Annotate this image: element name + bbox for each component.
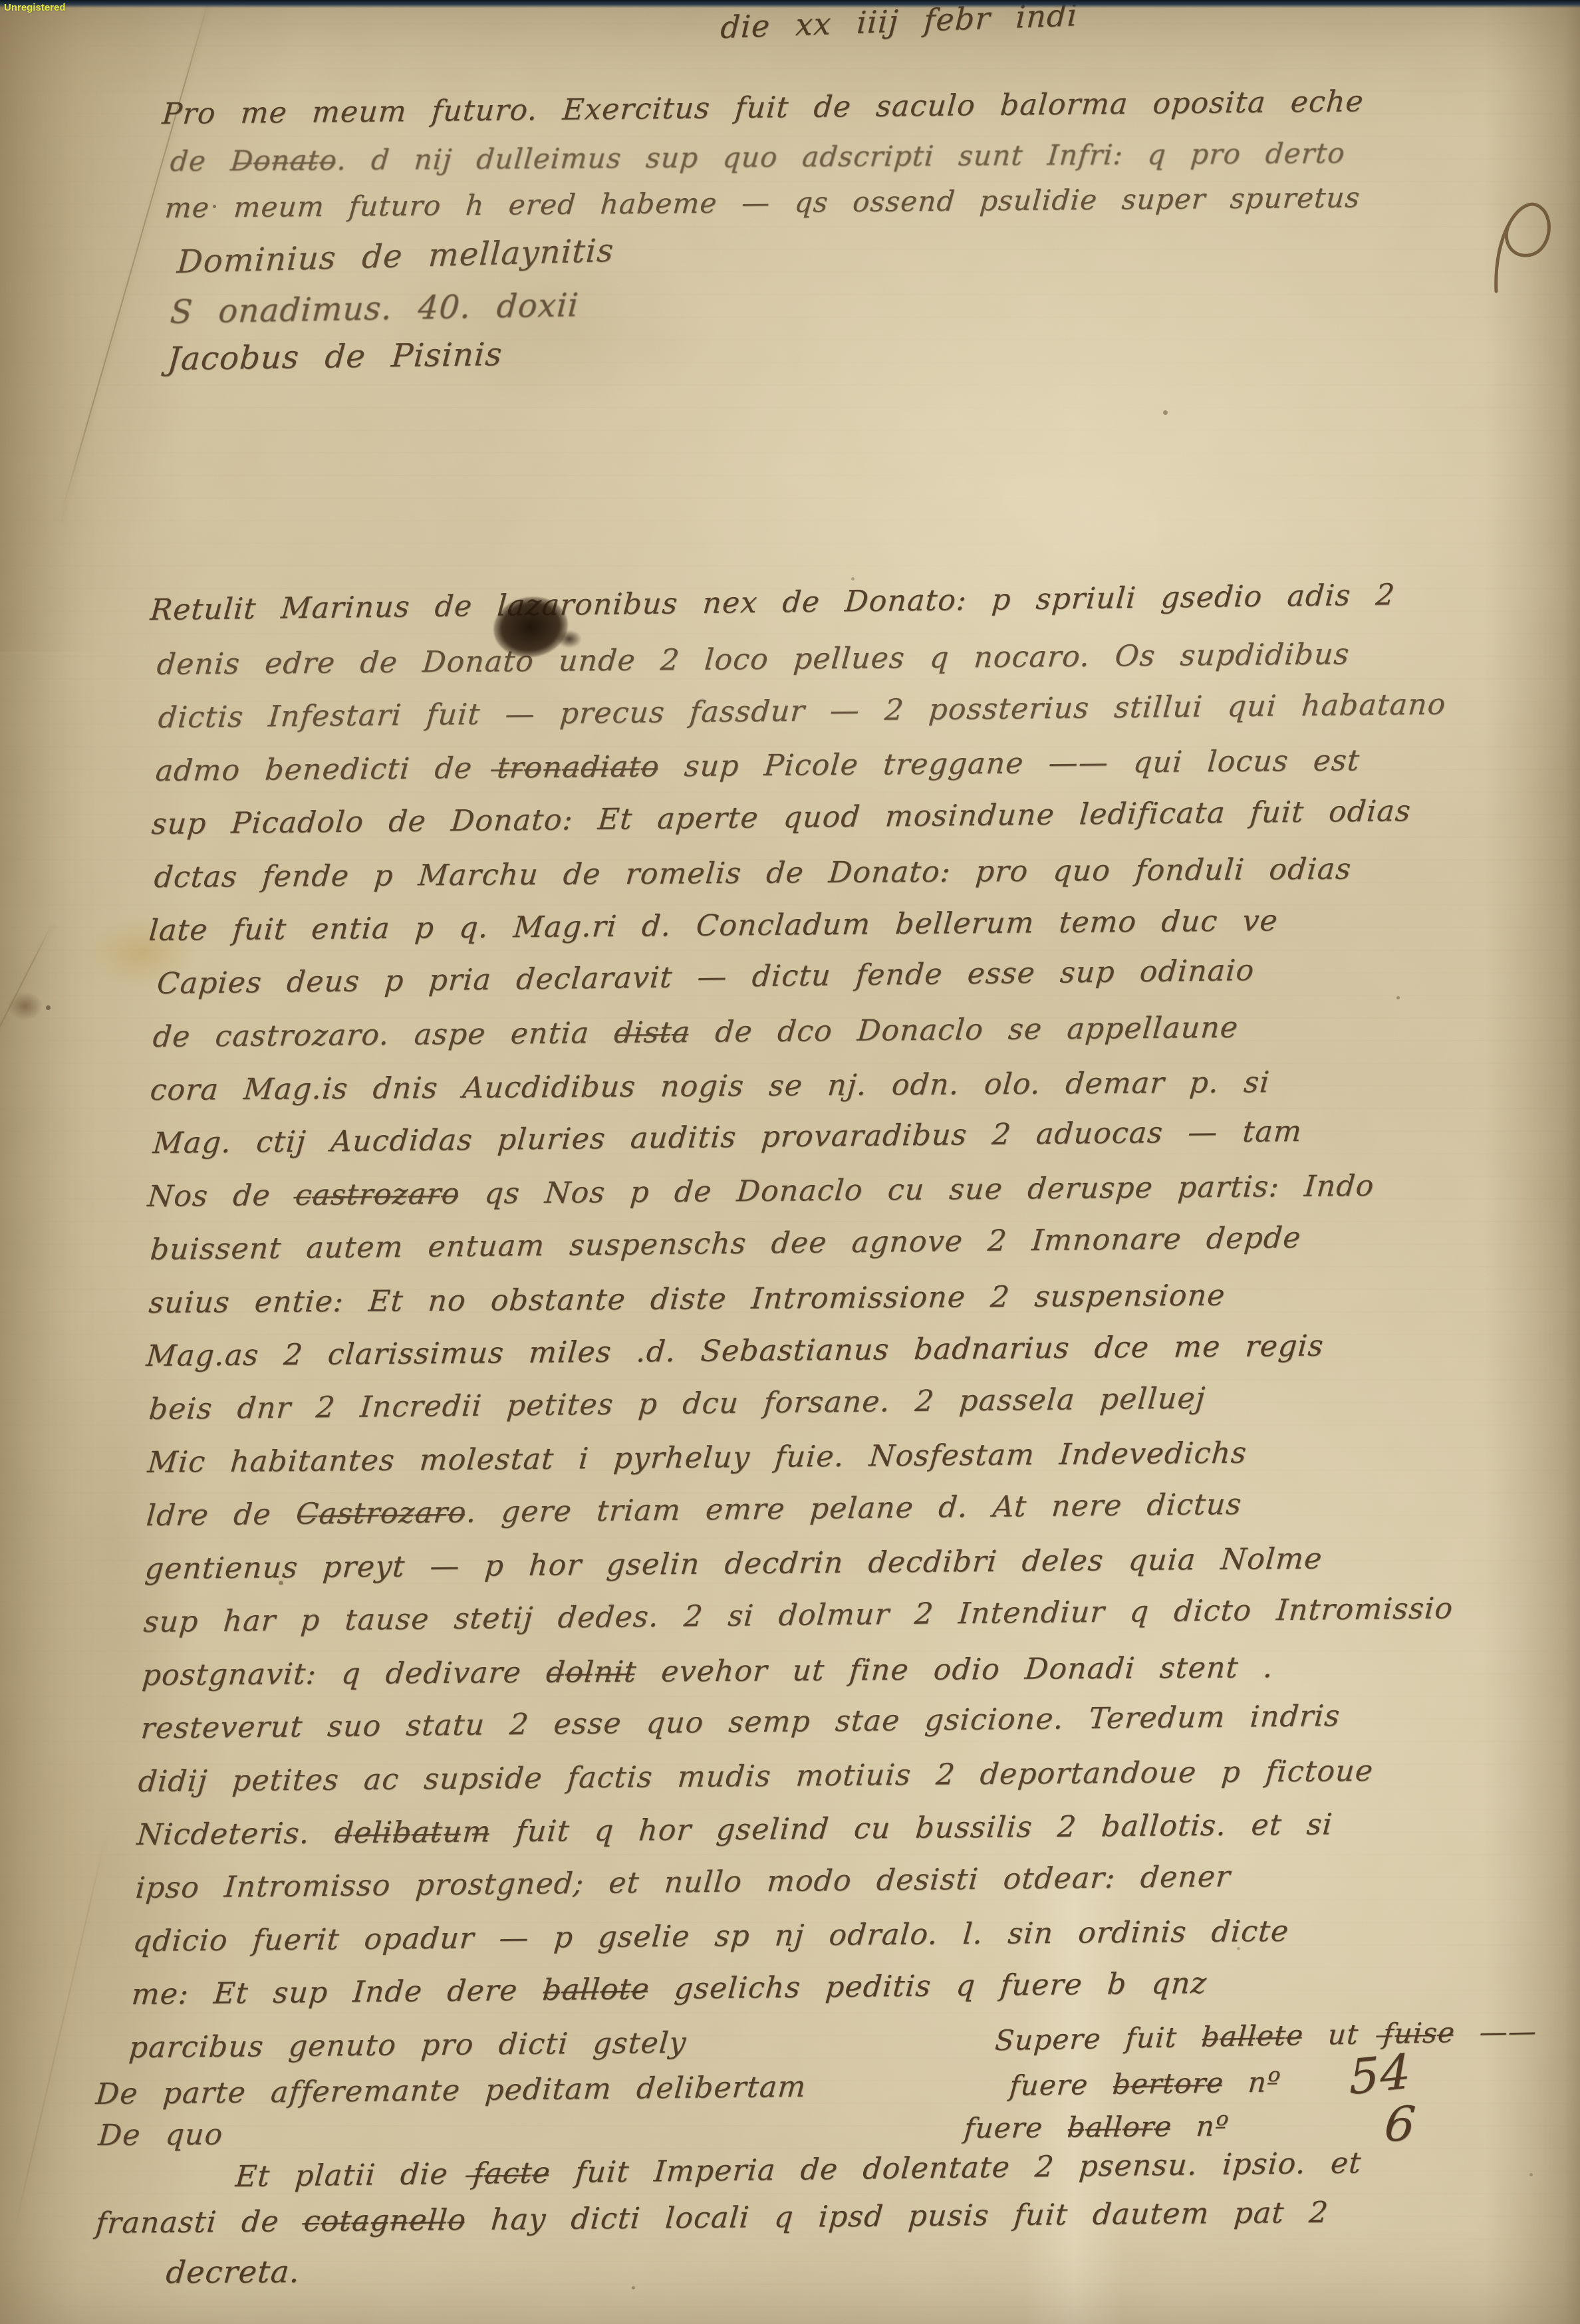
manuscript-line-body: suius entie: Et no obstante diste Introm… [148,1279,1227,1320]
manuscript-line-body: Capies deus p pria declaravit — dictu fe… [156,954,1255,1001]
manuscript-line-body: Nos de c̶a̶s̶t̶r̶o̶z̶a̶r̶o̶ qs Nos p de … [146,1169,1376,1214]
manuscript-line-closing: Et platii die f̶a̶c̶t̶e̶ fuit Imperia de… [234,2146,1363,2194]
manuscript-line-body: parcibus genuto pro dicti gstely [128,2026,688,2065]
manuscript-line-intro: de D̶o̶n̶a̶t̶o̶. d nij dulleimus sup quo… [169,137,1347,178]
manuscript-line-body: de castrozaro. aspe entia d̶i̶s̶t̶a̶ de … [152,1011,1240,1054]
manuscript-line-name: Jacobus de Pisinis [166,336,504,378]
manuscript-line-tally-number: 6 [1382,2096,1418,2152]
manuscript-line-body: dictis Infestari fuit — precus fassdur —… [157,688,1447,735]
manuscript-line-body: late fuit entia p q. Mag.ri d. Concladum… [148,904,1279,948]
manuscript-line-name: S onadimus. 40. doxii [169,287,580,331]
manuscript-line-body: De quo [97,2118,225,2152]
manuscript-line-body: postgnavit: q dedivare d̶o̶l̶n̶i̶t̶ eveh… [141,1650,1275,1692]
manuscript-line-body: beis dnr 2 Incredii petites p dcu forsan… [148,1381,1207,1426]
manuscript-line-body: qdicio fuerit opadur — p gselie sp nj od… [132,1914,1290,1958]
manuscript-line-closing: franasti de c̶o̶t̶a̶g̶n̶e̶l̶l̶o̶ hay dic… [94,2196,1330,2240]
manuscript-line-tally: fuere b̶e̶r̶t̶o̶r̶e̶ nº [1008,2065,1282,2102]
manuscript-line-body: gentienus preyt — p hor gselin decdrin d… [144,1542,1324,1586]
manuscript-line-header: die xx iiij febr indi [720,0,1079,45]
manuscript-line-tally: fuere b̶a̶l̶l̶o̶r̶e̶ nº [963,2110,1230,2145]
manuscript-line-name: Dominius de mellaynitis [176,232,615,281]
manuscript-line-tally: Supere fuit b̶a̶l̶l̶e̶t̶e̶ ut f̶u̶i̶s̶e̶… [994,2015,1538,2057]
manuscript-line-body: denis edre de Donato unde 2 loco pellues… [156,637,1351,682]
manuscript-lines: die xx iiij febr indiPro me meum futuro.… [0,0,1580,2324]
manuscript-line-body: Mag. ctij Aucdidas pluries auditis prova… [152,1114,1303,1160]
manuscript-line-body: ipso Intromisso prostgned; et nullo modo… [134,1860,1232,1905]
manuscript-line-body: Mic habitantes molestat i pyrheluy fuie.… [146,1436,1248,1480]
manuscript-line-body: sup Picadolo de Donato: Et aperte quod m… [150,794,1412,841]
manuscript-line-body: dctas fende p Marchu de romelis de Donat… [153,852,1353,894]
manuscript-line-intro: me meum futuro h ered habeme — qs ossend… [164,181,1361,224]
manuscript-line-body: resteverut suo statu 2 esse quo semp sta… [140,1699,1341,1745]
manuscript-line-body: ldre de C̶a̶s̶t̶r̶o̶z̶a̶r̶o̶. gere triam… [145,1487,1243,1533]
manuscript-line-body: me: Et sup Inde dere b̶a̶l̶l̶o̶t̶e̶ gsel… [130,1966,1208,2011]
manuscript-line-body: cora Mag.is dnis Aucdidibus nogis se nj.… [149,1065,1271,1107]
manuscript-line-body: didij petites ac supside factis mudis mo… [137,1754,1375,1799]
watermark-text: Unregistered [4,2,66,13]
manuscript-line-body: Retulit Marinus de lazaronibus nex de Do… [149,578,1396,627]
manuscript-line-body: buissent autem entuam suspenschs dee agn… [149,1221,1303,1267]
manuscript-line-body: sup har p tause stetij dedes. 2 si dolmu… [142,1591,1454,1639]
manuscript-line-body: Mag.as 2 clarissimus miles .d. Sebastian… [145,1329,1325,1373]
manuscript-line-body: admo benedicti de t̶r̶o̶n̶a̶d̶i̶a̶t̶o̶ s… [154,743,1361,788]
manuscript-page: die xx iiij febr indiPro me meum futuro.… [0,0,1580,2324]
manuscript-line-intro: Pro me meum futuro. Exercitus fuit de sa… [161,84,1365,131]
manuscript-line-closing: decreta. [165,2254,302,2290]
manuscript-line-body: Nicdeteris. d̶e̶l̶i̶b̶a̶t̶u̶m̶ fuit q ho… [136,1807,1334,1852]
manuscript-line-body: De parte afferemante peditam delibertam [94,2070,807,2111]
